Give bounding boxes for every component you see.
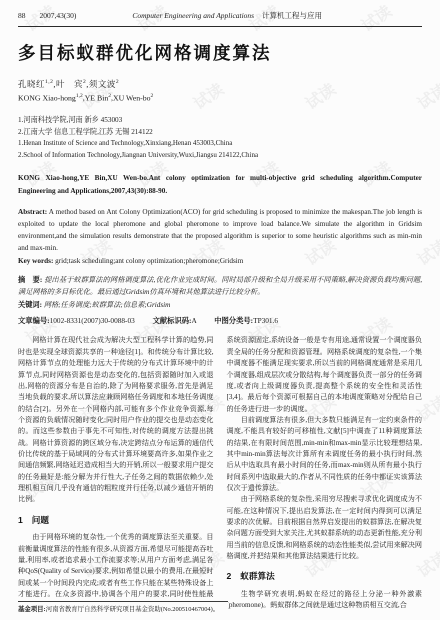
article-info-line: 文章编号:1002-8331(2007)30-0088-03 文献标识码:A 中… [18,316,422,326]
paper-title: 多目标蚁群优化网格调度算法 [18,40,422,65]
page-number: 88 [18,11,26,20]
author-name: 须文波 [89,79,116,89]
issue-info: 2007,43(30) [40,11,77,20]
section-1-heading: 1问题 [18,514,214,528]
abstract-cn: 摘 要: 提出基于蚁群算法的网格调度算法,优化作业完成时间。同时局部升级和全局升… [18,275,422,299]
right-paragraph-1: 系统资源固定,系统设备一般是专有用途,通常设置一个调度器负责全局的任务分配和资源… [227,335,423,414]
abstract-cn-text: 提出基于蚁群算法的网格调度算法,优化作业完成时间。同时局部升级和全局升级采用不同… [18,276,422,296]
section-1-title: 问题 [32,515,49,525]
keywords-cn-text: 网格;任务调度;蚁群算法;信息素;Gridsim [44,301,171,309]
article-number: 文章编号:1002-8331(2007)30-0088-03 [18,316,137,325]
clc-number: 中图分类号:TP301.6 [214,316,278,325]
keywords-cn-label: 关键词: [18,301,42,309]
document-code-value: A [192,316,197,325]
author-affiliation-sup: 2 [151,93,154,99]
affiliation-cn-1: 1.河南科技学院,河南 新乡 453003 [18,114,422,126]
author-name: XU Wen-bo [113,94,151,103]
affiliation-en-1: 1.Henan Institute of Science and Technol… [18,138,422,150]
section-1-paragraph: 由于网格环境的复杂性,一个优秀的调度算法至关重要。目前衡量调度算法的性能有很多,… [18,532,214,611]
document-code: 文献标识码:A [153,316,199,325]
document-code-label: 文献标识码: [153,316,192,325]
author-affiliation-sup: 1,2 [76,93,83,99]
keywords-en: Key words: grid;task scheduling;ant colo… [18,256,422,268]
clc-number-label: 中图分类号: [214,316,253,325]
journal-name-en: Computer Engineering and Applications [132,11,254,20]
journal-header: 88 2007,43(30) Computer Engineering and … [18,10,422,27]
funding-footnote-text: 河南省教育厅自然科学研究项目基金资助(No.200510467004)。 [46,606,219,613]
affiliation-cn-2: 2.江南大学 信息工程学院,江苏 无锡 214122 [18,126,422,138]
clc-number-value: TP301.6 [253,316,278,325]
section-2-number: 2 [227,571,232,581]
funding-footnote: 基金项目:河南省教育厅自然科学研究项目基金资助(No.200510467004)… [18,601,228,615]
section-2-title: 蚁群算法 [240,571,274,581]
section-2-heading: 2蚁群算法 [227,570,423,584]
funding-footnote-label: 基金项目: [18,606,46,613]
author-name: 叶 宾 [56,79,83,89]
abstract-en: Abstract: A method based on Ant Colony O… [18,206,422,255]
paper-page: 试读试读试读试读试读试读试读试读试读试读试读试读试读试读试读试读试读试读试读试读… [0,0,440,620]
keywords-en-label: Key words: [18,257,53,265]
author-name: 孔晓红 [18,79,45,89]
left-column: 网格计算在现代社会成为解决大型工程科学计算的趋势,同时也是实现全球资源共享的一种… [18,335,214,611]
body-columns: 网格计算在现代社会成为解决大型工程科学计算的趋势,同时也是实现全球资源共享的一种… [18,335,422,611]
journal-name: Computer Engineering and Applications 计算… [132,10,322,21]
right-column: 系统资源固定,系统设备一般是专有用途,通常设置一个调度器负责全局的任务分配和资源… [227,335,423,611]
affiliations-cn: 1.河南科技学院,河南 新乡 453003 2.江南大学 信息工程学院,江苏 无… [18,114,422,138]
article-number-value: 1002-8331(2007)30-0088-03 [50,316,135,325]
intro-paragraph: 网格计算在现代社会成为解决大型工程科学计算的趋势,同时也是实现全球资源共享的一种… [18,335,214,505]
author-affiliation-sup: 2 [108,93,111,99]
article-number-label: 文章编号: [18,316,50,325]
authors-en: KONG Xiao-hong1,2,YE Bin2,XU Wen-bo2 [18,93,422,103]
citation-line: KONG Xiao-hong,YE Bin,XU Wen-bo.Ant colo… [18,172,422,198]
page-content: 88 2007,43(30) Computer Engineering and … [0,0,440,612]
author-affiliation-sup: 1,2 [45,79,53,85]
right-paragraph-3: 由于网格系统的复杂性,采用穷尽搜索寻求优化调度成为不可能,在这种情况下,提出启发… [227,494,423,562]
section-1-number: 1 [18,515,23,525]
section-2-paragraph: 生物学研究表明,蚂蚁在经过的路径上分泌一种外激素(pheromone)。蚂蚁群体… [227,589,423,612]
keywords-en-text: grid;task scheduling;ant colony optimiza… [55,257,243,265]
right-paragraph-2: 目前调度算法有很多,但大多数只能满足有一定约束条件的调度,不能具有较好的可移植性… [227,415,423,494]
author-affiliation-sup: 2 [83,79,86,85]
abstract-cn-label: 摘 要: [18,276,42,284]
header-left: 88 2007,43(30) [18,11,76,20]
authors-cn: 孔晓红1,2,叶 宾2,须文波2 [18,78,422,90]
affiliations-en: 1.Henan Institute of Science and Technol… [18,138,422,162]
abstract-en-label: Abstract: [18,208,47,216]
author-name: KONG Xiao-hong [18,94,76,103]
author-affiliation-sup: 2 [116,79,119,85]
keywords-cn: 关键词: 网格;任务调度;蚁群算法;信息素;Gridsim [18,300,422,312]
journal-name-cn: 计算机工程与应用 [262,11,322,20]
author-name: YE Bin [85,94,109,103]
affiliation-en-2: 2.School of Information Technology,Jiang… [18,150,422,162]
abstract-en-text: A method based on Ant Colony Optimizatio… [18,208,422,253]
